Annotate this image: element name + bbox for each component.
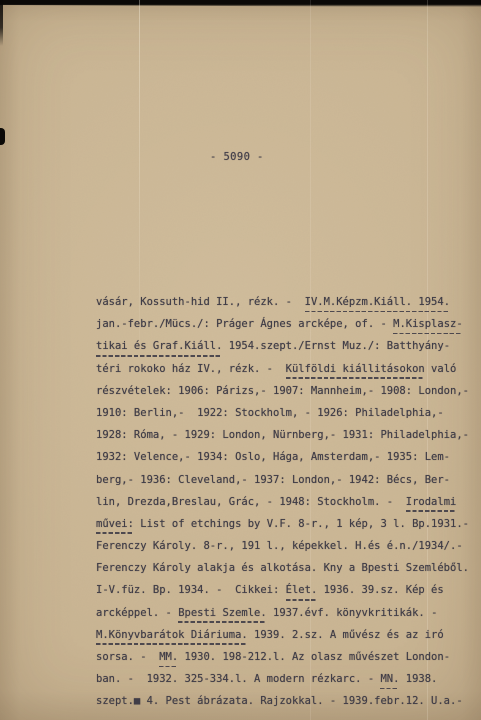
scan-edge-top <box>0 0 481 7</box>
text-segment: 1930. 198-212.l. Az olasz művészet Londo… <box>178 651 450 663</box>
underlined-text: művei: <box>96 513 134 535</box>
underlined-text: IV.M.Képzm.Kiáll. 1954. <box>305 291 450 313</box>
underlined-text: Élet. <box>286 579 318 601</box>
text-line: 1910: Berlin,- 1922: Stockholm, - 1926: … <box>96 402 469 424</box>
text-line: 1928: Róma, - 1929: London, Nürnberg,- 1… <box>96 424 469 446</box>
underlined-text: MN. <box>380 668 399 690</box>
underlined-text: Irodalmi <box>406 491 457 513</box>
text-segment: 1936. 39.sz. Kép és <box>317 584 443 596</box>
text-line: M.Könyvbarátok Diáriuma. 1939. 2.sz. A m… <box>96 624 469 646</box>
scanned-document-page: - 5090 - vásár, Kossuth-hid II., rézk. -… <box>0 0 481 720</box>
scan-edge-left <box>0 0 3 46</box>
text-segment: 1938. <box>399 673 437 685</box>
text-segment: arcképpel. - <box>96 607 178 619</box>
text-segment: részvételek: 1906: Párizs,- 1907: Mannhe… <box>96 385 469 397</box>
text-line: ban. - 1932. 325-334.l. A modern rézkarc… <box>96 668 469 690</box>
text-segment: téri rokoko ház IV., rézk. - <box>96 363 286 375</box>
text-segment: lin, Drezda,Breslau, Grác, - 1948: Stock… <box>96 496 406 508</box>
text-line: tikai és Graf.Kiáll. 1954.szept./Ernst M… <box>96 335 469 357</box>
text-line: Ferenczy Károly. 8-r., 191 l., képekkel.… <box>96 535 469 557</box>
text-segment: I-V.füz. Bp. 1934. - Cikkei: <box>96 584 286 596</box>
text-segment: 1939. 2.sz. A művész és az iró <box>248 629 444 641</box>
text-line: szept.■ 4. Pest ábrázata. Rajzokkal. - 1… <box>96 690 469 712</box>
text-segment: Ferenczy Károly alakja és alkotása. Kny … <box>96 562 469 574</box>
text-segment: vásár, Kossuth-hid II., rézk. - <box>96 296 305 308</box>
text-segment: Ferenczy Károly. 8-r., 191 l., képekkel.… <box>96 540 463 552</box>
text-line: téri rokoko ház IV., rézk. - Külföldi ki… <box>96 358 469 380</box>
underlined-text: Külföldi kiállitásokon <box>286 358 425 380</box>
text-segment: való <box>425 363 457 375</box>
text-segment: ban. - 1932. 325-334.l. A modern rézkarc… <box>96 673 380 685</box>
text-segment: List of etchings by V.F. 8-r., 1 kép, 3 … <box>134 518 469 530</box>
text-segment: szept.■ 4. Pest ábrázata. Rajzokkal. - 1… <box>96 695 463 707</box>
scan-edge-notch <box>0 128 5 145</box>
underlined-text: Bpesti Szemle. <box>178 602 267 624</box>
typewritten-text: vásár, Kossuth-hid II., rézk. - IV.M.Kép… <box>96 291 469 713</box>
underlined-text: tikai és Graf.Kiáll. <box>96 335 222 357</box>
text-segment: berg,- 1936: Cleveland,- 1937: London,- … <box>96 474 450 486</box>
text-line: részvételek: 1906: Párizs,- 1907: Mannhe… <box>96 380 469 402</box>
text-segment: jan.-febr./Mücs./: Práger Ágnes arcképe,… <box>96 318 393 330</box>
text-line: arcképpel. - Bpesti Szemle. 1937.évf. kö… <box>96 602 469 624</box>
text-line: lin, Drezda,Breslau, Grác, - 1948: Stock… <box>96 491 469 513</box>
underlined-text: MM. <box>159 646 178 668</box>
underlined-text: M.Könyvbarátok Diáriuma. <box>96 624 248 646</box>
text-line: sorsa. - MM. 1930. 198-212.l. Az olasz m… <box>96 646 469 668</box>
text-segment: 1928: Róma, - 1929: London, Nürnberg,- 1… <box>96 429 469 441</box>
text-line: jan.-febr./Mücs./: Práger Ágnes arcképe,… <box>96 313 469 335</box>
page-number: - 5090 - <box>210 150 264 164</box>
text-line: Ferenczy Károly alakja és alkotása. Kny … <box>96 557 469 579</box>
text-line: berg,- 1936: Cleveland,- 1937: London,- … <box>96 469 469 491</box>
text-segment: 1910: Berlin,- 1922: Stockholm, - 1926: … <box>96 407 444 419</box>
text-line: 1932: Velence,- 1934: Oslo, Hága, Amster… <box>96 446 469 468</box>
text-segment: 1937.évf. könyvkritikák. - <box>267 607 438 619</box>
text-segment: 1954.szept./Ernst Muz./: Batthyány- <box>222 340 450 352</box>
text-line: vásár, Kossuth-hid II., rézk. - IV.M.Kép… <box>96 291 469 313</box>
underlined-text: M.Kisplasz- <box>393 313 463 335</box>
text-segment: sorsa. - <box>96 651 159 663</box>
text-line: I-V.füz. Bp. 1934. - Cikkei: Élet. 1936.… <box>96 579 469 601</box>
text-line: művei: List of etchings by V.F. 8-r., 1 … <box>96 513 469 535</box>
text-segment: 1932: Velence,- 1934: Oslo, Hága, Amster… <box>96 451 450 463</box>
